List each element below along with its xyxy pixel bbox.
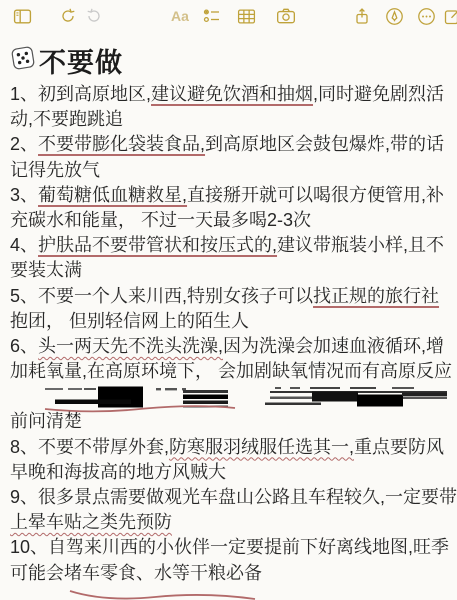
text-segment: 6、	[10, 336, 38, 356]
text-segment: 4、	[10, 235, 38, 255]
note-line-9a[interactable]: 9、很多景点需要做观光车盘山公路且车程较久,一定要带	[10, 485, 453, 510]
text-segment: ,同时避免剧烈活	[313, 84, 444, 104]
note-line-8a[interactable]: 8、不要不带厚外套,防寒服羽绒服任选其一,重点要防风	[10, 435, 453, 460]
note-title: 不要做	[10, 44, 453, 76]
red-underlined-text: 不要带膨化袋装食品,	[38, 134, 205, 154]
sidebar-icon[interactable]	[12, 6, 32, 26]
text-segment: 可能会堵车零食、水等干粮必备	[10, 563, 262, 583]
table-icon[interactable]	[236, 6, 256, 26]
note-line-2a[interactable]: 2、不要带膨化袋装食品,到高原地区会鼓包爆炸,带的话	[10, 132, 453, 157]
share-icon[interactable]	[352, 6, 372, 26]
note-line-2b[interactable]: 记得先放气	[10, 158, 453, 183]
text-segment: 9、很多景点需要做观光车盘山公路且车程较久,一定要带	[10, 487, 457, 507]
text-segment: 2、	[10, 134, 38, 154]
more-icon[interactable]	[416, 6, 436, 26]
text-segment: 10、自驾来川西的小伙伴一定要提前下好离线地图,旺季	[10, 537, 449, 557]
red-marker-stroke	[60, 588, 280, 600]
redacted-line	[10, 384, 453, 409]
text-segment: 5、不要一个人来川西,特别女孩子可以	[10, 286, 313, 306]
note-line-6a[interactable]: 6、头一两天先不洗头洗澡,因为洗澡会加速血液循环,增	[10, 334, 453, 359]
redo-icon[interactable]	[84, 6, 104, 26]
note-line-10b[interactable]: 可能会堵车零食、水等干粮必备	[10, 561, 453, 586]
text-segment: 要装太满	[10, 260, 82, 280]
red-underlined-text: 护肤品不要带管状和按压式的,	[38, 235, 277, 255]
note-line-1b[interactable]: 动,不要跑跳追	[10, 107, 453, 132]
compose-icon[interactable]	[443, 6, 457, 26]
text-format-label: Aa	[171, 8, 189, 24]
text-segment: 充碳水和能量， 不过一天最多喝2-3次	[10, 210, 311, 230]
text-segment: 记得先放气	[10, 160, 100, 180]
note-line-3b[interactable]: 充碳水和能量， 不过一天最多喝2-3次	[10, 208, 453, 233]
text-segment: 到高原地区会鼓包爆炸,带的话	[205, 134, 444, 154]
note-line-9b[interactable]: 上晕车贴之类先预防	[10, 510, 453, 535]
text-segment: 1、初到高原地区,	[10, 84, 151, 104]
red-underlined-text: 头一两天先不洗头洗澡,	[38, 336, 223, 356]
note-line-10a[interactable]: 10、自驾来川西的小伙伴一定要提前下好离线地图,旺季	[10, 535, 453, 560]
note-body: 不要做 1、初到高原地区,建议避免饮酒和抽烟,同时避免剧烈活 动,不要跑跳追 2…	[0, 34, 457, 586]
dice-icon	[10, 45, 36, 76]
text-segment: 抱团， 但别轻信网上的陌生人	[10, 311, 249, 331]
notes-toolbar: Aa	[0, 0, 457, 34]
text-segment: 8、不要不带厚外套,	[10, 437, 169, 457]
note-line-4b[interactable]: 要装太满	[10, 258, 453, 283]
text-segment: 直接掰开就可以喝很方便管用,补	[187, 185, 444, 205]
note-line-6b[interactable]: 加耗氧量,在高原环境下， 会加剧缺氧情况而有高原反应	[10, 359, 453, 384]
page-title: 不要做	[39, 41, 123, 80]
note-line-5a[interactable]: 5、不要一个人来川西,特别女孩子可以找正规的旅行社	[10, 284, 453, 309]
text-segment: 因为洗澡会加速血液循环,增	[223, 336, 444, 356]
red-underlined-text: 上晕车贴之类先预防	[10, 512, 172, 532]
text-segment: 加耗氧量,在高原环境下， 会加剧缺氧情况而有高原反应	[10, 361, 452, 381]
text-segment: 早晚和海拔高的地方风贼大	[10, 462, 226, 482]
undo-icon[interactable]	[58, 6, 78, 26]
note-line-5b[interactable]: 抱团， 但别轻信网上的陌生人	[10, 309, 453, 334]
red-underlined-text: 建议避免饮酒和抽烟	[151, 84, 313, 104]
text-segment: 前问清楚	[10, 411, 82, 431]
text-format-button[interactable]: Aa	[170, 6, 190, 26]
note-line-4a[interactable]: 4、护肤品不要带管状和按压式的,建议带瓶装小样,且不	[10, 233, 453, 258]
red-underlined-text: 防寒服羽绒服任选其一,	[169, 437, 354, 457]
camera-icon[interactable]	[276, 6, 296, 26]
text-segment: 建议带瓶装小样,且不	[277, 235, 444, 255]
note-line-1a[interactable]: 1、初到高原地区,建议避免饮酒和抽烟,同时避免剧烈活	[10, 82, 453, 107]
text-segment: 动,不要跑跳追	[10, 109, 123, 129]
notes-app-page: { "colors": { "accent_gold": "#bfa23a", …	[0, 0, 457, 600]
note-line-3a[interactable]: 3、葡萄糖低血糖救星,直接掰开就可以喝很方便管用,补	[10, 183, 453, 208]
red-underlined-text: 葡萄糖低血糖救星,	[38, 185, 187, 205]
text-segment: 重点要防风	[354, 437, 444, 457]
text-segment: 3、	[10, 185, 38, 205]
markup-icon[interactable]	[384, 6, 404, 26]
note-line-8b[interactable]: 早晚和海拔高的地方风贼大	[10, 460, 453, 485]
checklist-icon[interactable]	[202, 6, 222, 26]
red-underlined-text: 找正规的旅行社	[313, 286, 439, 306]
